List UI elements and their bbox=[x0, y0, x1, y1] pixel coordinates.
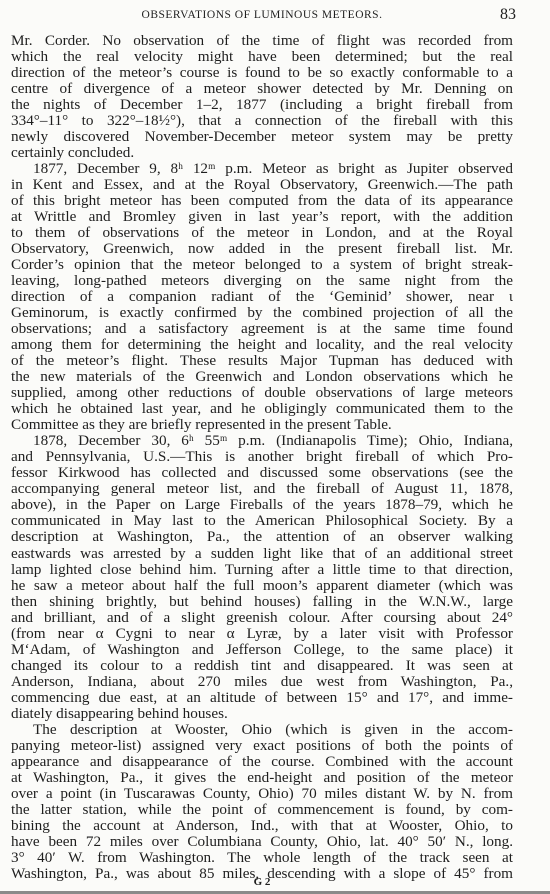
text-line: observations; and a satisfactory agreeme… bbox=[11, 321, 513, 337]
page-header: OBSERVATIONS OF LUMINOUS METEORS. 83 bbox=[11, 6, 513, 26]
text-line: of the meteor’s flight. These results Ma… bbox=[11, 353, 513, 369]
text-line: commencing due east, at an altitude of b… bbox=[11, 690, 513, 706]
paragraph-start-1878-dec-30: 1878, December 30, 6ʰ 55ᵐ p.m. (Indianap… bbox=[11, 433, 513, 449]
text-line: and brilliant, and of a slight greenish … bbox=[11, 610, 513, 626]
text-line: accompanying general meteor list, and th… bbox=[11, 481, 513, 497]
text-line: lamp lighted close behind him. Turning a… bbox=[11, 562, 513, 578]
text-line: eastwards was arrested by a sudden light… bbox=[11, 546, 513, 562]
text-line: over a point (in Tuscarawas County, Ohio… bbox=[11, 786, 513, 802]
text-line: Corder’s opinion that the meteor belonge… bbox=[11, 257, 513, 273]
text-line: the latter station, while the point of c… bbox=[11, 802, 513, 818]
text-line: panying meteor-list) assigned very exact… bbox=[11, 738, 513, 754]
text-line: which the real velocity might have been … bbox=[11, 49, 513, 65]
text-line: communicated in May last to the American… bbox=[11, 513, 513, 529]
text-line: description at Washington, Pa., the atte… bbox=[11, 529, 513, 545]
text-line: Anderson, Indiana, about 270 miles due w… bbox=[11, 674, 513, 690]
text-line: appearance and disappearance of the cour… bbox=[11, 754, 513, 770]
text-line: M‘Adam, of Washington and Jefferson Coll… bbox=[11, 642, 513, 658]
text-line: to them of observations of the meteor in… bbox=[11, 225, 513, 241]
text-line: have been 72 miles over Columbiana Count… bbox=[11, 834, 513, 850]
text-line: at Writtle and Bromley given in last yea… bbox=[11, 209, 513, 225]
text-line: he saw a meteor about half the full moon… bbox=[11, 578, 513, 594]
text-line: changed its colour to a reddish tint and… bbox=[11, 658, 513, 674]
text-line: certainly concluded. bbox=[11, 145, 513, 161]
text-line: centre of divergence of a meteor shower … bbox=[11, 81, 513, 97]
text-line: fessor Kirkwood has collected and discus… bbox=[11, 465, 513, 481]
text-line: Mr. Corder. No observation of the time o… bbox=[11, 33, 513, 49]
body-text: Mr. Corder. No observation of the time o… bbox=[11, 33, 513, 882]
page-number: 83 bbox=[500, 6, 516, 24]
text-line: in Kent and Essex, and at the Royal Obse… bbox=[11, 177, 513, 193]
text-line: Geminorum, is exactly confirmed by the c… bbox=[11, 305, 513, 321]
text-line: diately disappearing behind houses. bbox=[11, 706, 513, 722]
text-line: above), in the Paper on Large Fireballs … bbox=[11, 497, 513, 513]
text-line: among them for determining the height an… bbox=[11, 337, 513, 353]
text-line: 334°–11° to 322°–18½°), that a connectio… bbox=[11, 113, 513, 129]
text-line: direction of a companion radiant of the … bbox=[11, 289, 513, 305]
text-line: bining the account at Anderson, Ind., wi… bbox=[11, 818, 513, 834]
text-line: Observatory, Greenwich, now added in the… bbox=[11, 241, 513, 257]
text-line: then shining brightly, but behind houses… bbox=[11, 594, 513, 610]
text-line: at Washington, Pa., it gives the end-hei… bbox=[11, 770, 513, 786]
text-line: (from near α Cygni to near α Lyræ, by a … bbox=[11, 626, 513, 642]
text-line: and Pennsylvania, U.S.—This is another b… bbox=[11, 449, 513, 465]
text-line: which he obtained last year, and he obli… bbox=[11, 401, 513, 417]
text-line: of this bright meteor has been computed … bbox=[11, 193, 513, 209]
text-line: Committee as they are briefly represente… bbox=[11, 417, 513, 433]
text-line: newly discovered November-December meteo… bbox=[11, 129, 513, 145]
text-line: leaving, long-pathed meteors diverging o… bbox=[11, 273, 513, 289]
running-title: OBSERVATIONS OF LUMINOUS METEORS. bbox=[11, 9, 513, 21]
text-line: supplied, among other reductions of doub… bbox=[11, 385, 513, 401]
paragraph-start-wooster: The description at Wooster, Ohio (which … bbox=[11, 722, 513, 738]
text-line: the new materials of the Greenwich and L… bbox=[11, 369, 513, 385]
paragraph-start-1877-dec-9: 1877, December 9, 8ʰ 12ᵐ p.m. Meteor as … bbox=[11, 161, 513, 177]
text-line: direction of the meteor’s course is foun… bbox=[11, 65, 513, 81]
text-line: 3° 40′ W. from Washington. The whole len… bbox=[11, 850, 513, 866]
text-line: the nights of December 1–2, 1877 (includ… bbox=[11, 97, 513, 113]
signature-mark: G 2 bbox=[11, 876, 513, 888]
